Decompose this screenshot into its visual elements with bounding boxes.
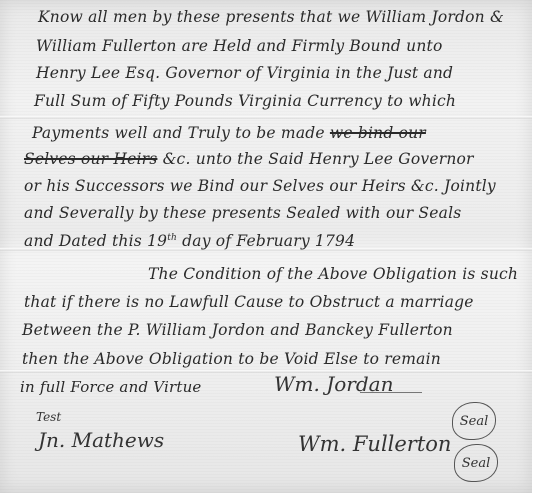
text-line-11: that if there is no Lawfull Cause to Obs… <box>24 293 474 311</box>
text-line-4: Full Sum of Fifty Pounds Virginia Curren… <box>34 92 456 110</box>
text-line-6: Selves our Heirs &c. unto the Said Henry… <box>24 150 474 168</box>
text-line-6-main: unto the Said Henry Lee Governor <box>196 150 474 168</box>
text-line-2: William Fullerton are Held and Firmly Bo… <box>36 37 443 55</box>
signature-flourish <box>360 392 422 393</box>
text-line-1: Know all men by these presents that we W… <box>38 8 504 26</box>
date-day: 19 <box>147 232 167 250</box>
signature-fullerton: Wm. Fullerton <box>298 432 451 456</box>
text-line-9: and Dated this 19th day of February 1794 <box>24 232 355 250</box>
date-rest: day of February 1794 <box>182 232 355 250</box>
struck-text-1: we bind our <box>330 124 426 142</box>
text-line-12: Between the P. William Jordon and Bancke… <box>22 321 453 339</box>
text-line-3: Henry Lee Esq. Governor of Virginia in t… <box>36 64 453 82</box>
text-line-13: then the Above Obligation to be Void Els… <box>22 350 441 368</box>
wax-seal-2: Seal <box>454 444 498 482</box>
date-suffix: th <box>167 233 177 243</box>
document-page: Know all men by these presents that we W… <box>0 0 532 493</box>
paper-fold <box>0 116 532 119</box>
witness-label: Test <box>36 410 61 424</box>
wax-seal-1: Seal <box>452 402 496 440</box>
dated-this: and Dated this <box>24 232 142 250</box>
text-line-5-main: Payments well and Truly to be made <box>32 124 325 142</box>
text-line-7: or his Successors we Bind our Selves our… <box>24 177 496 195</box>
etc-abbrev: &c. <box>163 150 191 168</box>
struck-text-2: Selves our Heirs <box>24 150 157 168</box>
text-line-5: Payments well and Truly to be made we bi… <box>32 124 426 142</box>
paper-fold <box>0 370 532 373</box>
signature-witness: Jn. Mathews <box>38 428 164 452</box>
text-line-8: and Severally by these presents Sealed w… <box>24 204 461 222</box>
text-line-10: The Condition of the Above Obligation is… <box>148 265 518 283</box>
text-line-14: in full Force and Virtue <box>20 378 202 396</box>
